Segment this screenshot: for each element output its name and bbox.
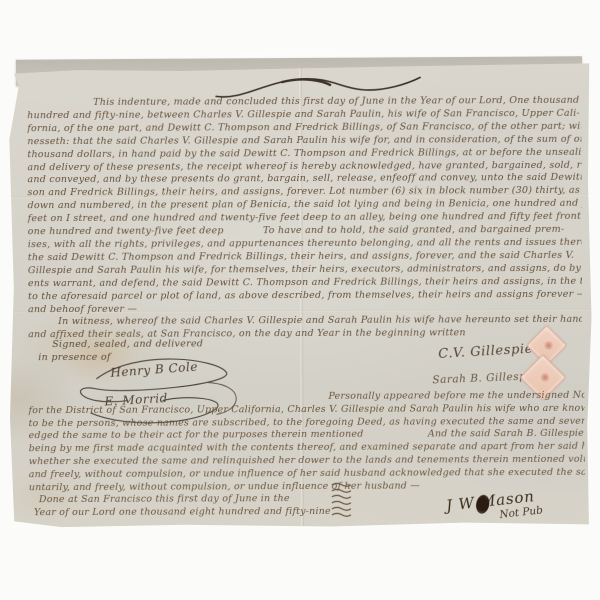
signed-sealed-label: Signed, sealed, and delivered: [52, 338, 203, 350]
paraph-squiggle: [329, 481, 353, 519]
grantor-signature: C.V. Gillespie: [438, 342, 533, 362]
photo-background: This indenture, made and concluded this …: [0, 0, 600, 600]
deed-document: This indenture, made and concluded this …: [7, 63, 593, 530]
deed-body-text: This indenture, made and concluded this …: [27, 95, 582, 343]
deed-line: to the aforesaid parcel or plot of land,…: [28, 288, 582, 303]
acknowledgment-line: and freely, without compulsion, or undue…: [29, 467, 585, 482]
